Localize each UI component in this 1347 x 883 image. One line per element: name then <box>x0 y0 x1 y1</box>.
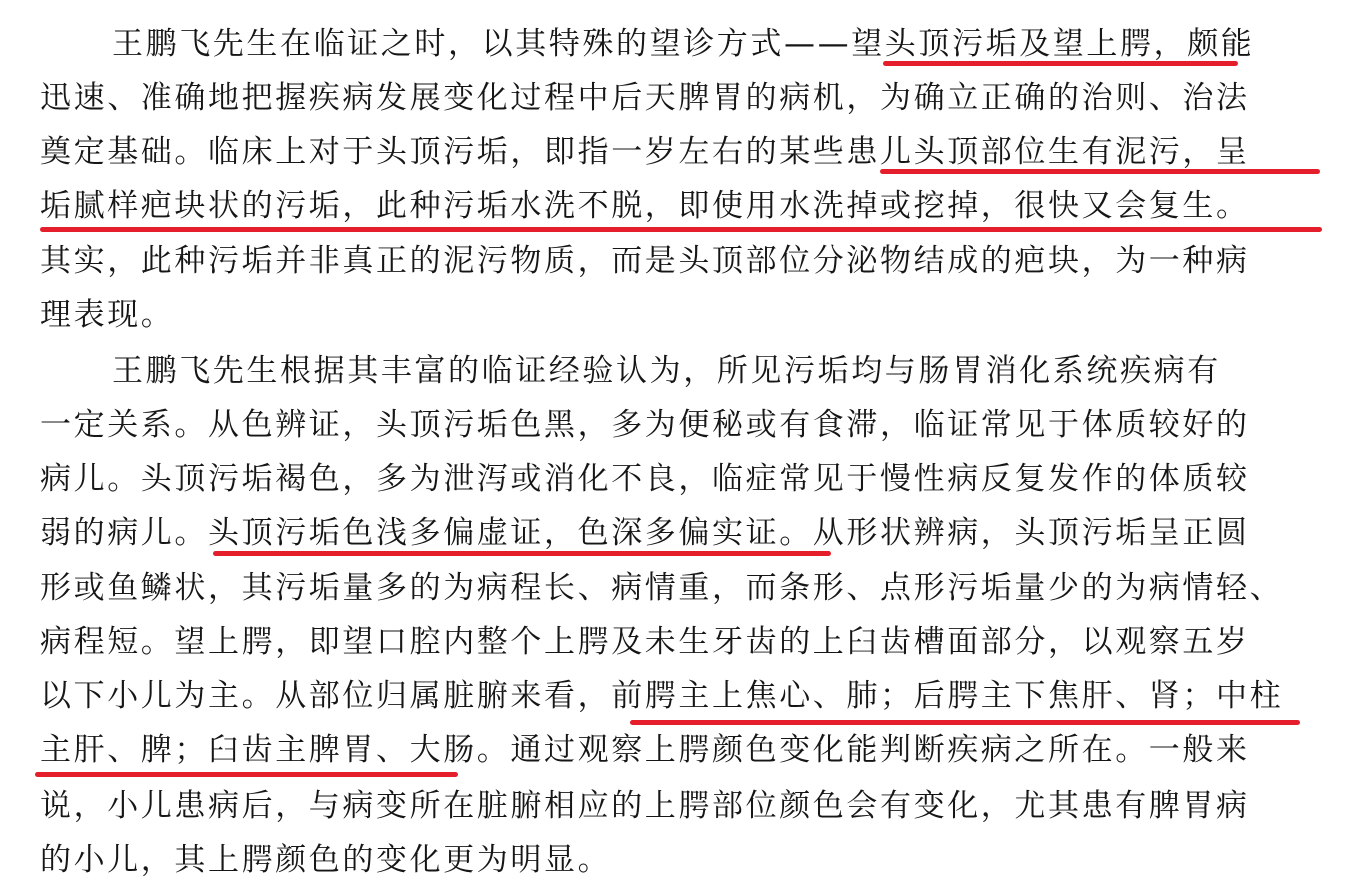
text-line: 王鹏飞先生根据其丰富的临证经验认为，所见污垢均与肠胃消化系统疾病有 <box>112 343 1315 399</box>
text-line: 说，小儿患病后，与病变所在脏腑相应的上腭部位颜色会有变化，尤其患有脾胃病 <box>40 778 1315 834</box>
text-line: 垢腻样疤块状的污垢，此种污垢水洗不脱，即使用水洗掉或挖掉，很快又会复生。 <box>40 178 1315 234</box>
text-line: 以下小儿为主。从部位归属脏腑来看，前腭主上焦心、肺；后腭主下焦肝、肾；中柱 <box>40 668 1315 724</box>
text-line: 形或鱼鳞状，其污垢量多的为病程长、病情重，而条形、点形污垢量少的为病情轻、 <box>40 560 1315 616</box>
text-line: 主肝、脾；臼齿主脾胃、大肠。通过观察上腭颜色变化能判断疾病之所在。一般来 <box>40 722 1315 778</box>
text-line: 其实，此种污垢并非真正的泥污物质，而是头顶部位分泌物结成的疤块，为一种病 <box>40 233 1315 289</box>
highlight-underline <box>35 772 458 777</box>
text-line: 一定关系。从色辨证，头顶污垢色黑，多为便秘或有食滞，临证常见于体质较好的 <box>40 397 1315 453</box>
highlight-underline <box>880 169 1320 174</box>
highlight-underline <box>883 61 1238 66</box>
text-line: 病儿。头顶污垢褐色，多为泄泻或消化不良，临症常见于慢性病反复发作的体质较 <box>40 451 1315 507</box>
text-line: 的小儿，其上腭颜色的变化更为明显。 <box>40 832 1315 883</box>
highlight-underline <box>213 551 831 556</box>
text-line: 迅速、准确地把握疾病发展变化过程中后天脾胃的病机，为确立正确的治则、治法 <box>40 70 1315 126</box>
document-page: 王鹏飞先生在临证之时，以其特殊的望诊方式——望头顶污垢及望上腭，颇能 迅速、准确… <box>0 0 1347 883</box>
text-line: 理表现。 <box>40 287 1315 343</box>
highlight-underline <box>40 227 1322 232</box>
text-line: 病程短。望上腭，即望口腔内整个上腭及未生牙齿的上臼齿槽面部分，以观察五岁 <box>40 614 1315 670</box>
